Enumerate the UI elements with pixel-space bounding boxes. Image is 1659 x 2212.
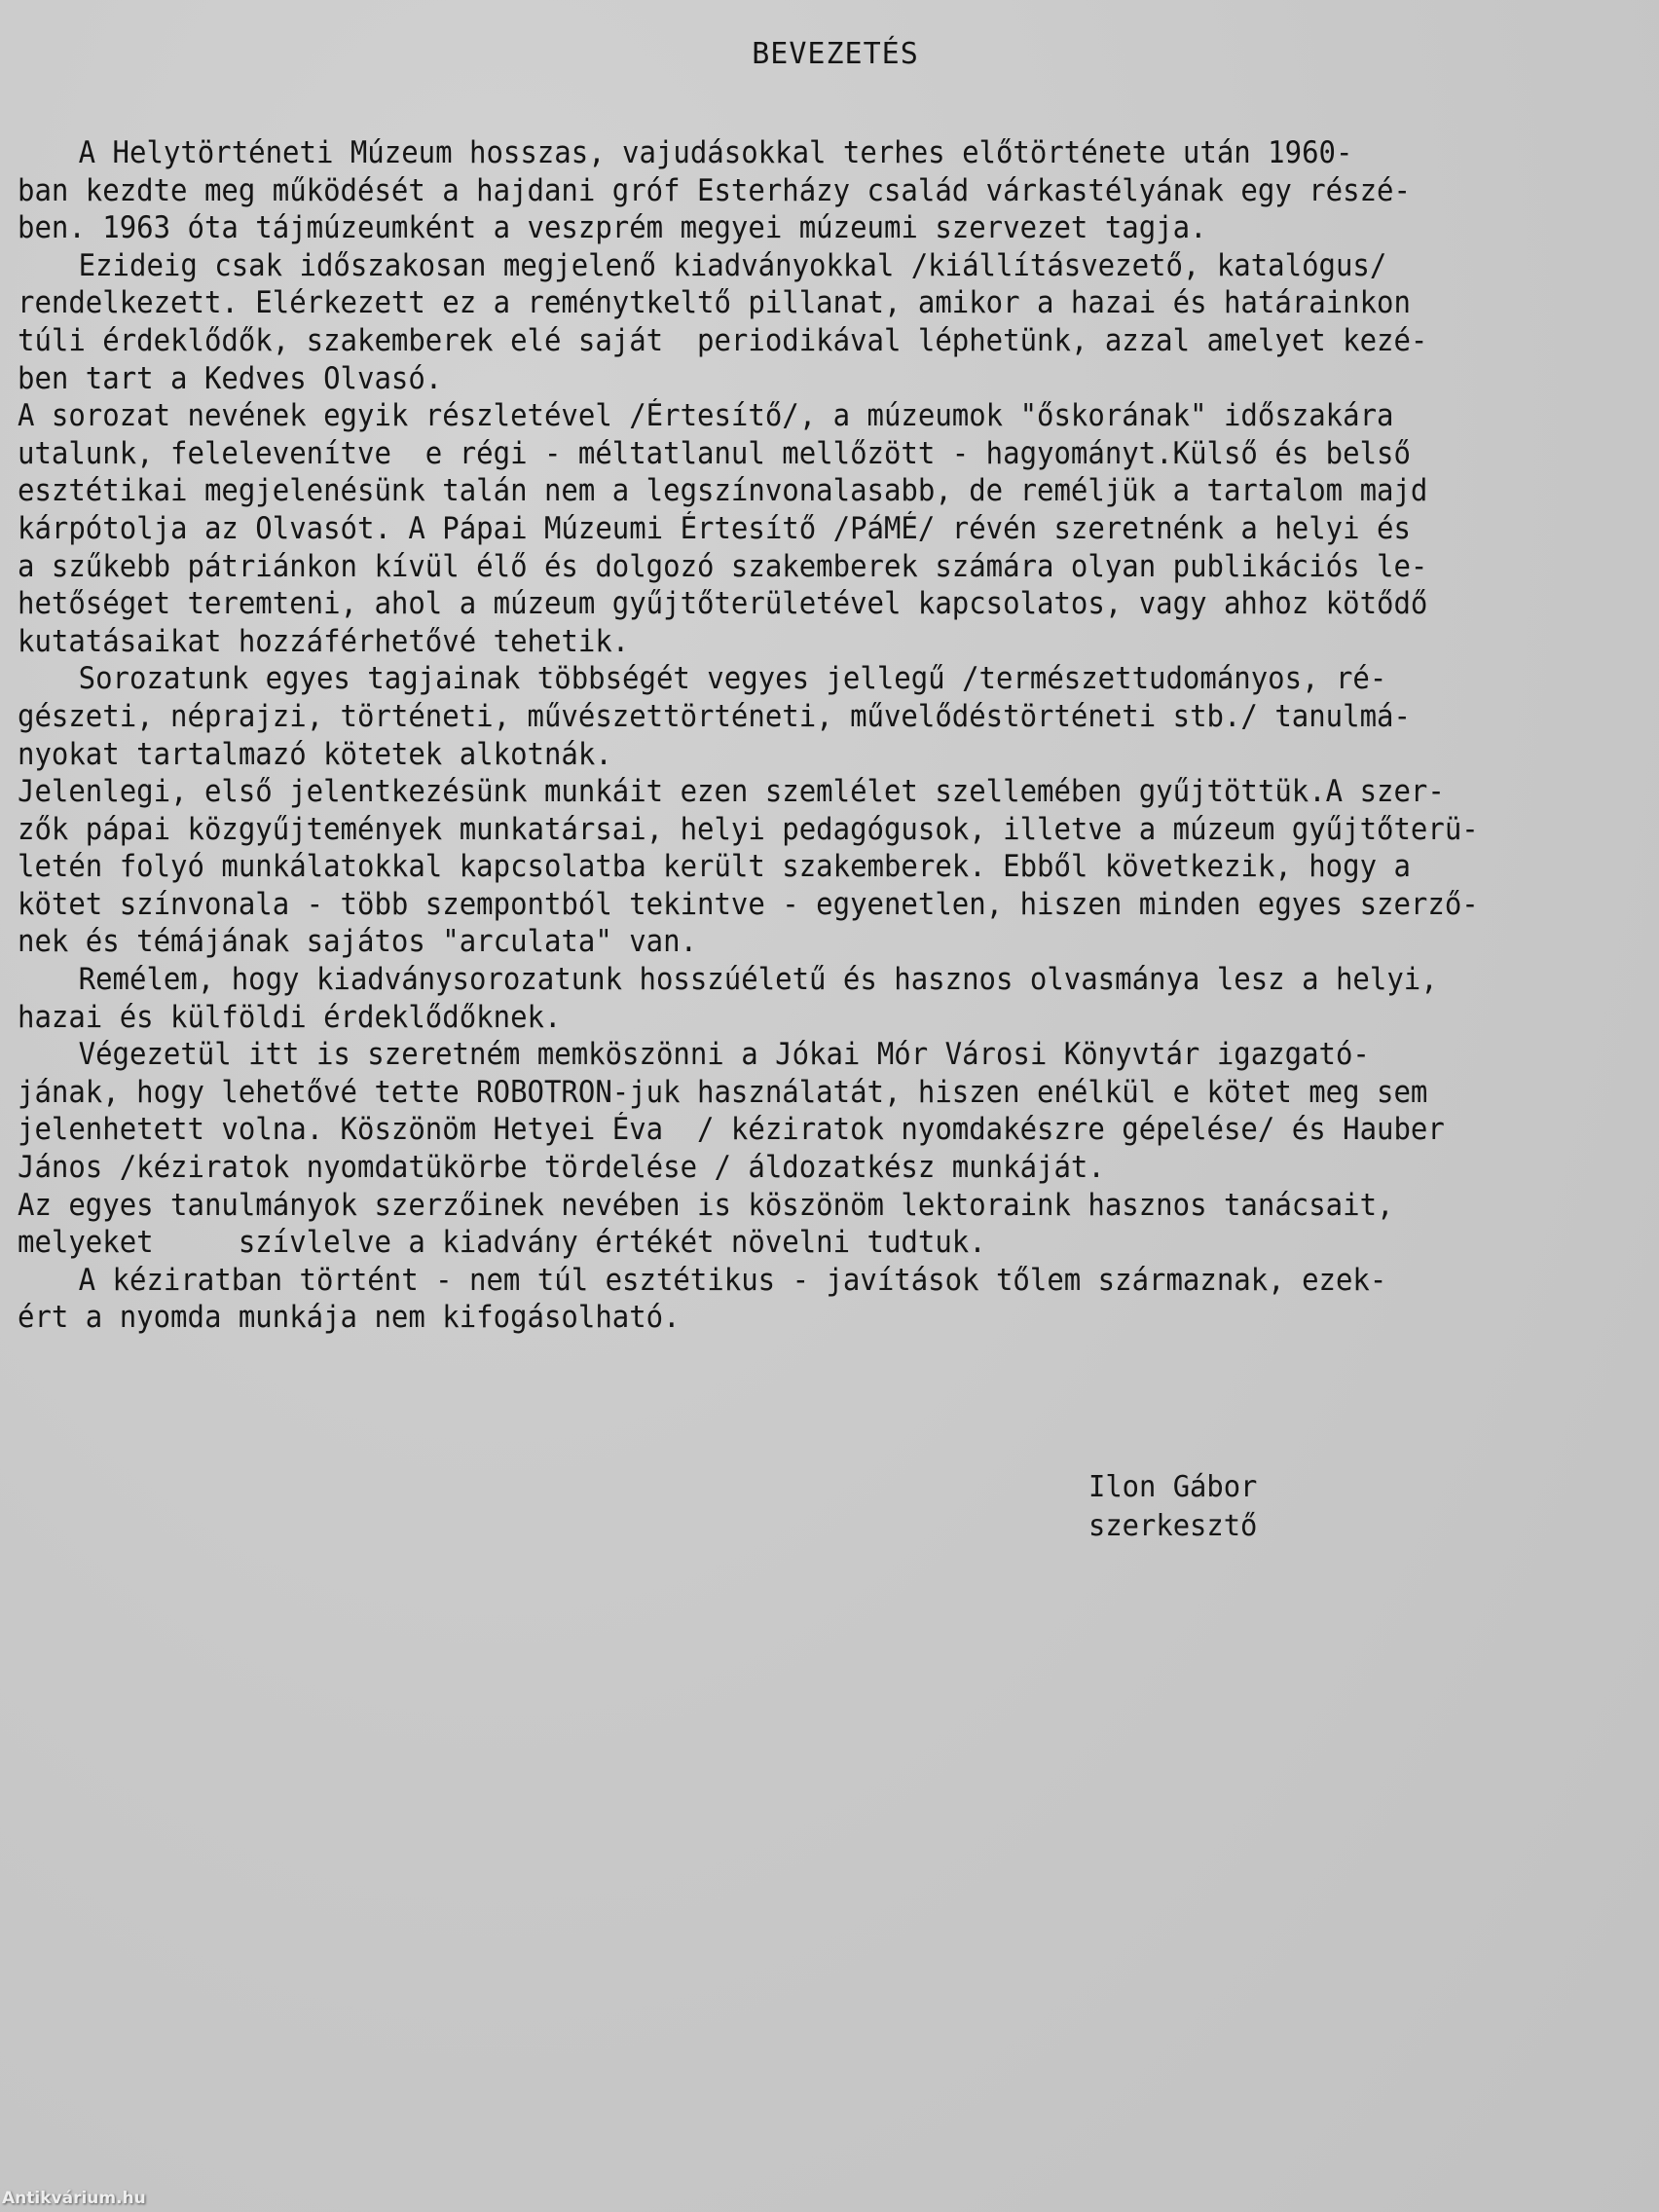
text-line: Ezideig csak időszakosan megjelenő kiadv… (18, 247, 1547, 285)
signature-role: szerkesztő (1088, 1507, 1257, 1546)
text-line: zők pápai közgyűjtemények munkatársai, h… (18, 811, 1547, 849)
text-line: túli érdeklődők, szakemberek elé saját p… (18, 322, 1547, 360)
text-line: jának, hogy lehetővé tette ROBOTRON-juk … (18, 1074, 1547, 1112)
text-line: A Helytörténeti Múzeum hosszas, vajudáso… (18, 134, 1547, 172)
text-line: gészeti, néprajzi, történeti, művészettö… (18, 698, 1547, 736)
text-line: Végezetül itt is szeretném memköszönni a… (18, 1036, 1547, 1074)
text-line: Jelenlegi, első jelentkezésünk munkáit e… (18, 773, 1547, 811)
text-line: nek és témájának sajátos "arculata" van. (18, 923, 1547, 961)
text-line: kötet színvonala - több szempontból teki… (18, 886, 1547, 924)
signature-name: Ilon Gábor (1088, 1468, 1257, 1507)
text-line: ben. 1963 óta tájmúzeumként a veszprém m… (18, 209, 1547, 247)
text-line: hazai és külföldi érdeklődőknek. (18, 999, 1547, 1037)
text-line: ben tart a Kedves Olvasó. (18, 360, 1547, 398)
text-line: János /kéziratok nyomdatükörbe tördelése… (18, 1149, 1547, 1187)
text-line: hetőséget teremteni, ahol a múzeum gyűjt… (18, 585, 1547, 623)
text-line: esztétikai megjelenésünk talán nem a leg… (18, 472, 1547, 510)
text-line: melyeket szívlelve a kiadvány értékét nö… (18, 1224, 1547, 1262)
document-title: BEVEZETÉS (0, 37, 1659, 71)
text-line: letén folyó munkálatokkal kapcsolatba ke… (18, 848, 1547, 886)
watermark: Antikvárium.hu (2, 2189, 146, 2208)
text-line: ban kezdte meg működését a hajdani gróf … (18, 172, 1547, 210)
text-line: Sorozatunk egyes tagjainak többségét veg… (18, 660, 1547, 698)
text-line: A kéziratban történt - nem túl esztétiku… (18, 1262, 1547, 1300)
text-line: a szűkebb pátriánkon kívül élő és dolgoz… (18, 548, 1547, 586)
text-line: Az egyes tanulmányok szerzőinek nevében … (18, 1187, 1547, 1225)
text-line: ért a nyomda munkája nem kifogásolható. (18, 1299, 1547, 1337)
text-line: rendelkezett. Elérkezett ez a reménytkel… (18, 284, 1547, 322)
text-line: nyokat tartalmazó kötetek alkotnák. (18, 736, 1547, 774)
document-body: A Helytörténeti Múzeum hosszas, vajudáso… (18, 134, 1653, 1337)
text-line: Remélem, hogy kiadványsorozatunk hosszúé… (18, 961, 1547, 999)
text-line: kárpótolja az Olvasót. A Pápai Múzeumi É… (18, 510, 1547, 548)
text-line: utalunk, felelevenítve e régi - méltatla… (18, 435, 1547, 473)
text-line: jelenhetett volna. Köszönöm Hetyei Éva /… (18, 1111, 1547, 1149)
text-line: kutatásaikat hozzáférhetővé tehetik. (18, 623, 1547, 661)
text-line: A sorozat nevének egyik részletével /Ért… (18, 397, 1547, 435)
signature-block: Ilon Gábor szerkesztő (1088, 1468, 1265, 1546)
